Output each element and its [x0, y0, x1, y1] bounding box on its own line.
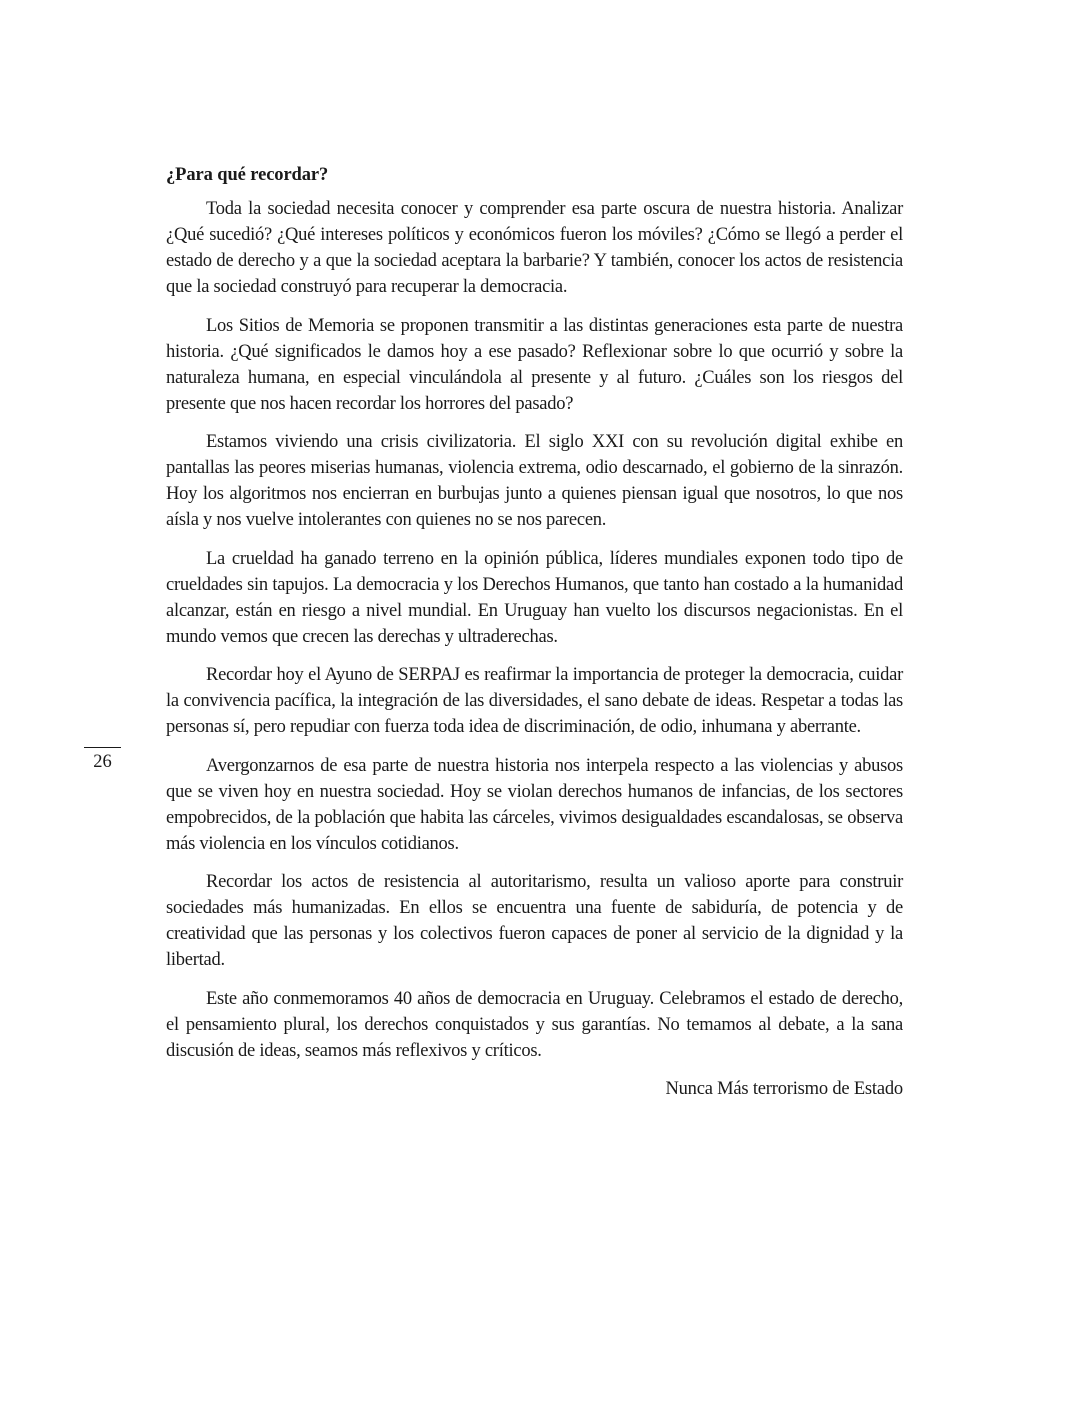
paragraph-5: Recordar hoy el Ayuno de SERPAJ es reafi… — [166, 662, 903, 740]
paragraph-4: La crueldad ha ganado terreno en la opin… — [166, 546, 903, 650]
section-heading: ¿Para qué recordar? — [166, 162, 903, 188]
page-number: 26 — [84, 750, 121, 774]
document-page: 26 ¿Para qué recordar? Toda la sociedad … — [0, 0, 1069, 1409]
article-body: ¿Para qué recordar? Toda la sociedad nec… — [166, 162, 903, 1102]
paragraph-7: Recordar los actos de resistencia al aut… — [166, 869, 903, 973]
paragraph-6: Avergonzarnos de esa parte de nuestra hi… — [166, 753, 903, 857]
paragraph-2: Los Sitios de Memoria se proponen transm… — [166, 313, 903, 417]
closing-line: Nunca Más terrorismo de Estado — [166, 1076, 903, 1102]
paragraph-8: Este año conmemoramos 40 años de democra… — [166, 986, 903, 1064]
paragraph-1: Toda la sociedad necesita conocer y comp… — [166, 196, 903, 300]
paragraph-3: Estamos viviendo una crisis civilizatori… — [166, 429, 903, 533]
folio-rule-divider — [84, 747, 121, 748]
page-folio: 26 — [84, 747, 121, 774]
